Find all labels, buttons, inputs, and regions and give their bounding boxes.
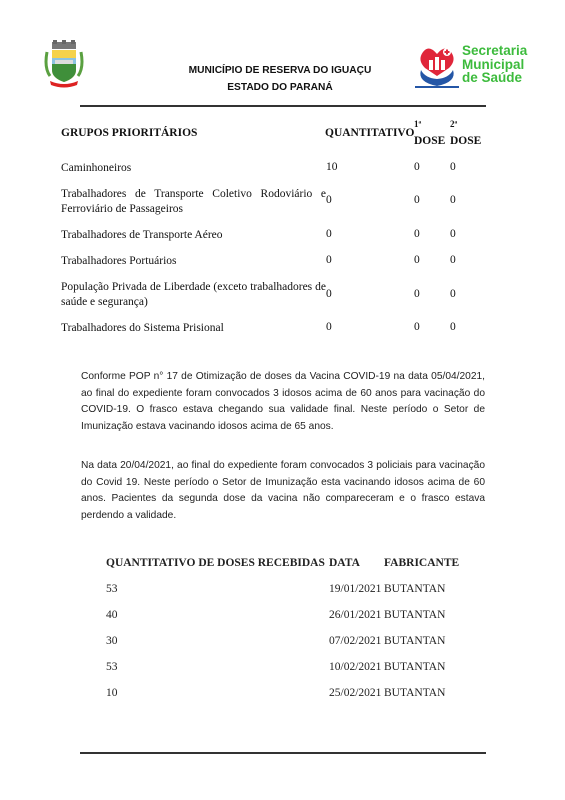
col-header-date: DATA bbox=[329, 557, 360, 569]
table-row-manufacturer: BUTANTAN bbox=[384, 687, 445, 699]
footer-divider bbox=[80, 752, 486, 754]
table-row-manufacturer: BUTANTAN bbox=[384, 661, 445, 673]
table-row-date: 26/01/2021 bbox=[329, 609, 381, 621]
doses-table: QUANTITATIVO DE DOSES RECEBIDAS DATA FAB… bbox=[0, 0, 565, 800]
table-row-date: 19/01/2021 bbox=[329, 583, 381, 595]
table-row-date: 10/02/2021 bbox=[329, 661, 381, 673]
table-row-date: 25/02/2021 bbox=[329, 687, 381, 699]
table-row-manufacturer: BUTANTAN bbox=[384, 583, 445, 595]
table-row-quantity: 40 bbox=[106, 609, 118, 621]
table-row-quantity: 53 bbox=[106, 661, 118, 673]
table-row-date: 07/02/2021 bbox=[329, 635, 381, 647]
col-header-manufacturer: FABRICANTE bbox=[384, 557, 459, 569]
col-header-doses-quantity: QUANTITATIVO DE DOSES RECEBIDAS bbox=[106, 557, 325, 569]
table-row-quantity: 30 bbox=[106, 635, 118, 647]
table-row-quantity: 53 bbox=[106, 583, 118, 595]
table-row-manufacturer: BUTANTAN bbox=[384, 635, 445, 647]
table-row-manufacturer: BUTANTAN bbox=[384, 609, 445, 621]
table-row-quantity: 10 bbox=[106, 687, 118, 699]
